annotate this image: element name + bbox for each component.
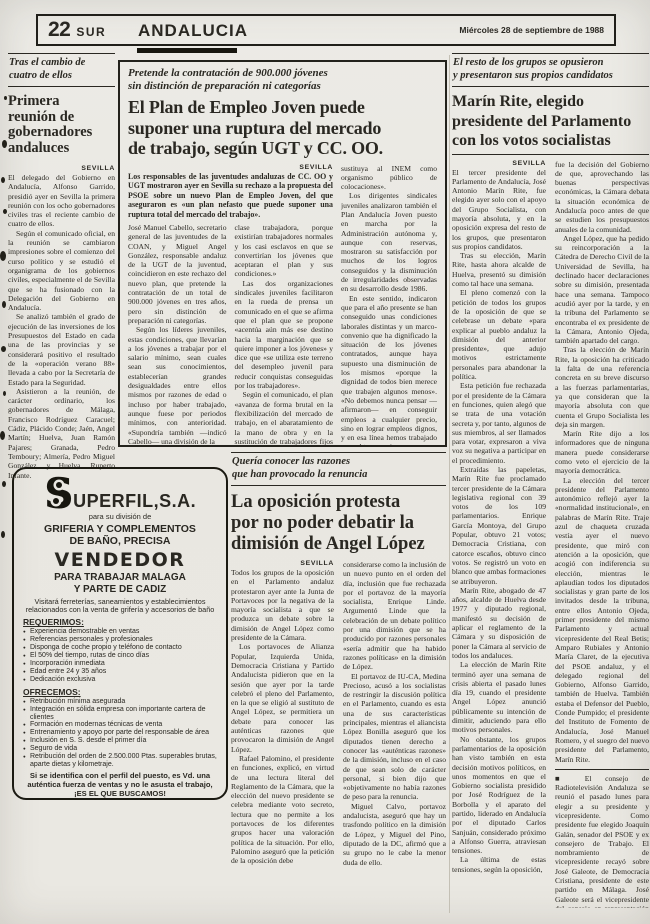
article-paragraph: La elección del tercer presidente del Pa… [555, 476, 649, 764]
article-paragraph: Extraídas las papeletas, Marín Rite fue … [452, 465, 546, 586]
article-paragraph: Los portavoces de Alianza Popular, Izqui… [231, 642, 334, 754]
requirement-item: Edad entre 24 y 35 años [23, 668, 217, 676]
article-paragraph: Rafael Palomino, el presidente en funcio… [231, 754, 334, 866]
article-paragraph: sustituya al INEM como organismo público… [341, 164, 437, 192]
article-kicker: El resto de los grupos se opusieron y pr… [452, 53, 649, 87]
superfil-job-ad: S UPERFIL,S.A. para su división de GRIFE… [12, 467, 228, 800]
requirement-item: Dedicación exclusiva [23, 676, 217, 684]
article-paragraph: Según los líderes juveniles, estas condi… [128, 325, 227, 446]
body-column-1: José Manuel Cabello, secretario general … [128, 223, 227, 446]
article-paragraph: Asistieron a la reunión, de carácter ord… [8, 387, 115, 480]
requirements-title: REQUERIMOS: [23, 617, 217, 627]
superfil-logo: S UPERFIL,S.A. [23, 475, 217, 511]
offer-item: Integración en sólida empresa con import… [23, 706, 217, 722]
ad-phone-line: Llame al teléfono (952) 21 51 85, pregun… [23, 798, 217, 800]
article-headline: El Plan de Empleo Joven puede suponer un… [128, 97, 437, 159]
article-paragraph: El delegado del Gobierno en Andalucía, A… [8, 173, 115, 229]
article-headline: Marín Rite, elegido presidente del Parla… [452, 92, 649, 151]
dateline: SEVILLA [452, 160, 546, 167]
division-name: GRIFERIA Y COMPLEMENTOS DE BAÑO, PRECISA [23, 523, 217, 547]
article-paragraph: Miguel Calvo, portavoz andalucista, aseg… [343, 802, 446, 867]
requirement-item: Experiencia demostrable en ventas [23, 628, 217, 636]
column-divider [449, 55, 450, 913]
article-paragraph: Según el comunicado, el plan «avanza de … [235, 390, 334, 446]
requirements-list: Experiencia demostrable en ventas Refere… [23, 628, 217, 683]
article-paragraph: Según el comunicado oficial, en la reuni… [8, 229, 115, 313]
article-kicker: Pretende la contratación de 900.000 jóve… [128, 67, 437, 93]
opposition-protest-article: Quería conocer las razones que han provo… [231, 452, 446, 910]
edition-date: Miércoles 28 de septiembre de 1988 [459, 25, 604, 35]
job-position: VENDEDOR [23, 550, 217, 570]
article-paragraph: José Manuel Cabello, secretario general … [128, 223, 227, 325]
dateline: SEVILLA [8, 165, 115, 172]
newspaper-page: 22 SUR ANDALUCIA Miércoles 28 de septiem… [0, 0, 650, 924]
article-paragraph: Tras su elección, Marín Rite, hasta ahor… [452, 251, 546, 288]
article-kicker: Tras el cambio de cuatro de ellos [8, 53, 115, 87]
offer-item: Seguro de vida [23, 745, 217, 753]
article-paragraph: fue la decisión del Gobierno de que, apr… [555, 160, 649, 234]
article-paragraph: No obstante, los grupos parlamentarios d… [452, 735, 546, 856]
article-paragraph: La última de estas tensiones, según la o… [452, 855, 546, 874]
lead-paragraph: Los responsables de las juventudes andal… [128, 172, 333, 220]
article-paragraph: Todos los grupos de la oposición en el P… [231, 568, 334, 642]
job-description: Visitará ferreterías, saneamientos y est… [25, 598, 215, 614]
masthead: 22 SUR ANDALUCIA Miércoles 28 de septiem… [36, 14, 616, 46]
employment-plan-article: Pretende la contratación de 900.000 jóve… [118, 60, 447, 447]
body-column-1: SEVILLA El tercer presidente del Parlame… [452, 160, 546, 908]
article-body: SEVILLA El tercer presidente del Parlame… [452, 160, 649, 908]
article-body: SEVILLA Todos los grupos de la oposición… [231, 560, 446, 910]
article-headline: Primera reunión de gobernadores andaluce… [8, 94, 115, 156]
body-column-2: clase trabajadora, porque existirían tra… [235, 223, 334, 446]
section-underline [137, 48, 237, 53]
requirement-item: Disponga de coche propio y teléfono de c… [23, 644, 217, 652]
article-paragraph: El tercer presidente del Parlamento de A… [452, 168, 546, 252]
article-paragraph: Angel López, que ha pedido su reincorpor… [555, 234, 649, 346]
offer-item: Inclusión en S. S. desde el primer día [23, 737, 217, 745]
offers-list: Retribución mínima asegurada Integración… [23, 698, 217, 769]
brief-bullet-icon: ■ [555, 774, 571, 783]
headline-rule [452, 154, 649, 155]
body-column-3: sustituya al INEM como organismo público… [341, 164, 437, 448]
article-paragraph: Marín Rite dijo a los informadores que d… [555, 429, 649, 475]
requirement-item: Incorporación inmediata [23, 660, 217, 668]
company-name: UPERFIL,S.A. [73, 492, 196, 511]
offers-title: OFRECEMOS: [23, 687, 217, 697]
newspaper-brand: SUR [76, 25, 106, 39]
article-paragraph: Marín Rite, abogado de 47 años, alcalde … [452, 586, 546, 660]
ad-closing-text: Si se identifica con el perfil del puest… [23, 772, 217, 798]
superfil-logo-s-icon: S [44, 477, 73, 511]
article-paragraph: El portavoz de IU-CA, Medina Precioso, a… [343, 672, 446, 802]
offer-item: Entrenamiento y apoyo por parte del resp… [23, 729, 217, 737]
dateline: SEVILLA [128, 164, 333, 171]
page-number: 22 [48, 18, 70, 42]
job-territory: PARA TRABAJAR MALAGA Y PARTE DE CADIZ [23, 572, 217, 595]
offer-item: Retribución mínima asegurada [23, 698, 217, 706]
requirement-item: Referencias personales y profesionales [23, 636, 217, 644]
article-headline: La oposición protesta por no poder debat… [231, 492, 446, 555]
article-paragraph: considerarse como la inclusión de un nue… [343, 560, 446, 672]
article-kicker: Quería conocer las razones que han provo… [231, 452, 446, 486]
requirement-item: El 50% del tiempo, rutas de cinco días [23, 652, 217, 660]
marin-rite-article: El resto de los grupos se opusieron y pr… [452, 53, 649, 908]
article-paragraph: clase trabajadora, porque existirían tra… [235, 223, 334, 279]
section-title: ANDALUCIA [138, 21, 248, 41]
body-column-2: considerarse como la inclusión de un nue… [343, 560, 446, 910]
article-body: SEVILLA Los responsables de las juventud… [128, 164, 437, 448]
article-paragraph: El pleno comenzó con la petición de todo… [452, 288, 546, 381]
governors-article: Tras el cambio de cuatro de ellos Primer… [8, 53, 115, 480]
article-paragraph: Esta petición fue rechazada por el presi… [452, 381, 546, 465]
body-column-1: SEVILLA Todos los grupos de la oposición… [231, 560, 334, 910]
article-paragraph: La elección de Marín Rite terminó ayer u… [452, 660, 546, 734]
body-column-2: fue la decisión del Gobierno de que, apr… [555, 160, 649, 908]
radio-tv-brief: ■ El consejo de Radiotelevisión Andaluza… [555, 774, 649, 908]
article-paragraph: Se analizó también el grado de ejecución… [8, 312, 115, 386]
masthead-left: 22 SUR [48, 18, 106, 42]
article-paragraph: Las dos organizaciones sindicales juveni… [235, 279, 334, 391]
article-paragraph: En este sentido, indicaron que para el a… [341, 294, 437, 447]
article-paragraph: Los dirigentes sindicales juveniles anal… [341, 191, 437, 293]
offer-item: Formación en modernas técnicas de venta [23, 721, 217, 729]
article-paragraph: Tras la elección de Marín Rite, la oposi… [555, 345, 649, 429]
brief-separator [555, 769, 649, 770]
dateline: SEVILLA [231, 560, 334, 567]
article-body: El delegado del Gobierno en Andalucía, A… [8, 173, 115, 480]
offer-item: Retribución del orden de 2.500.000 Ptas.… [23, 753, 217, 769]
